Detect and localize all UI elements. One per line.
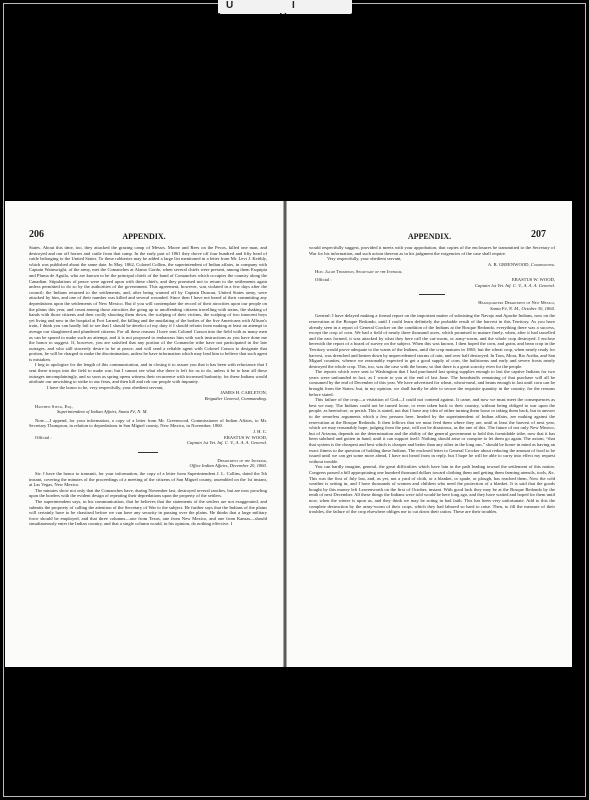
addressee-title: Superintendent of Indian Affairs, Santa … [51,409,267,415]
page-number: 207 [531,229,546,240]
paragraph: You can hardly imagine, general, the gre… [309,464,555,514]
paragraph: This failure of the crop—a visitation of… [309,397,555,464]
divider [419,294,445,295]
running-head: APPENDIX. [287,232,572,241]
paragraph: States. About this time, too, they attac… [29,245,267,362]
top-tab: U I I U [218,0,352,14]
right-page: APPENDIX. 207 would respectfully suggest… [287,201,572,667]
divider [138,452,158,453]
signature-title: Brigadier General, Commanding. [29,396,267,402]
official-title: Captain 1st Vet. Inf. C. V., A. A. A. Ge… [29,440,267,446]
signature-title: Commissioner. [531,262,555,267]
official-title: Captain 1st Vet. Inf. C. V., A. A. A. Ge… [309,283,555,289]
signature-name: A. B. GREENWOOD, [488,262,530,267]
dateline-date: Santa Fé, N. M., October 30, 1864. [309,306,555,312]
paragraph: would respectfully suggest, provided it … [309,245,555,256]
running-head: APPENDIX. [5,232,283,241]
paragraph: The minutes show not only that the Coman… [29,488,267,499]
paragraph: Sir: I have the honor to transmit, for y… [29,471,267,488]
dateline-date: Office Indian Affairs, December 20, 1860… [29,463,267,469]
paragraph: General: I have delayed making a formal … [309,313,555,369]
signature: A. B. GREENWOOD, Commissioner. [309,262,555,268]
paragraph: The reports which were sent to Washingto… [309,369,555,397]
addressee: Hon. Jacob Thompson, Secretary of the In… [309,269,555,275]
paragraph: The superintendent says, in his communic… [29,499,267,527]
note: Note.—I append, for your information, a … [29,418,267,429]
left-body: States. About this time, too, they attac… [29,245,267,527]
right-body: would respectfully suggest, provided it … [309,245,555,515]
paragraph: I beg to apologize for the length of thi… [29,362,267,384]
left-page: 206 APPENDIX. States. About this time, t… [5,201,283,667]
